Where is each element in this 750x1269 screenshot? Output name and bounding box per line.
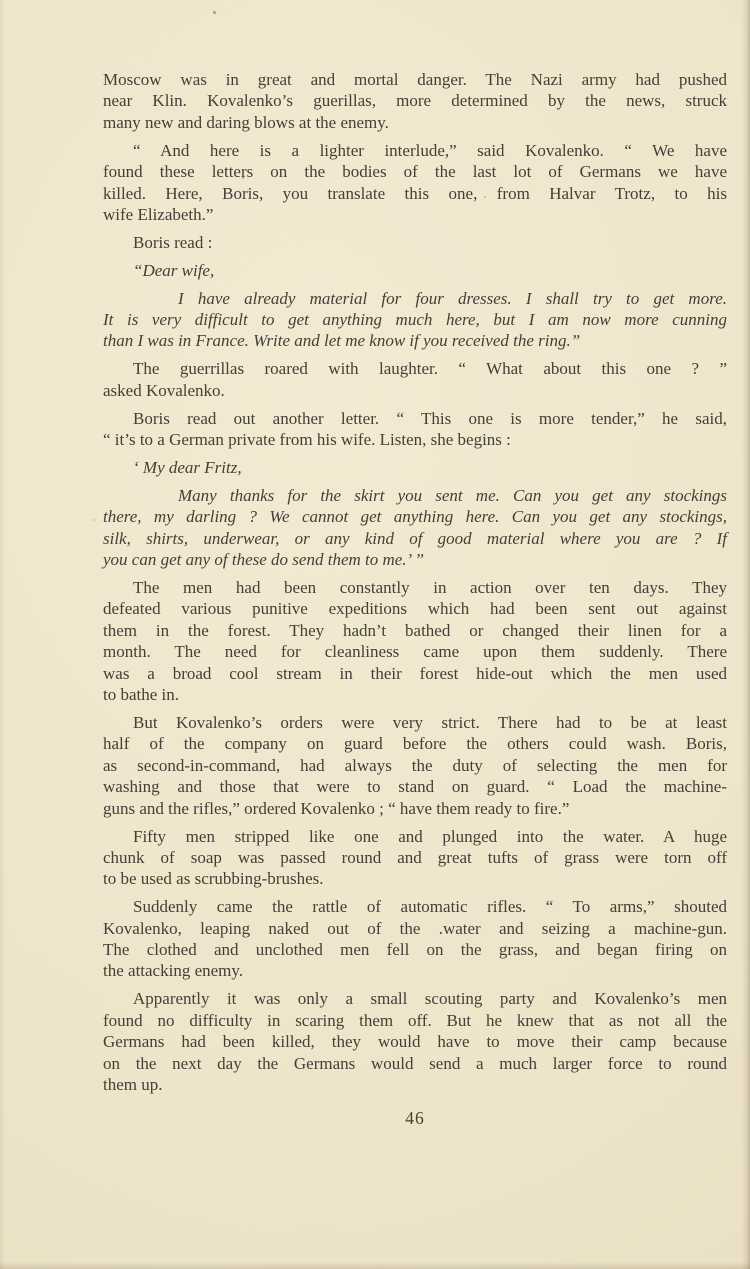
text-line: But Kovalenko’s orders were very strict.… bbox=[103, 712, 727, 733]
text-line: found no difficulty in scaring them off.… bbox=[103, 1010, 727, 1031]
paragraph: “ And here is a lighter interlude,” said… bbox=[103, 140, 727, 226]
text-line: defeated various punitive expeditions wh… bbox=[103, 598, 727, 619]
dust-speck bbox=[484, 196, 486, 198]
text-line: “ it’s to a German private from his wife… bbox=[103, 429, 727, 450]
text-line: Fifty men stripped like one and plunged … bbox=[103, 826, 727, 847]
paragraph: Moscow was in great and mortal danger. T… bbox=[103, 69, 727, 133]
text-line: ‘ My dear Fritz, bbox=[103, 457, 727, 478]
text-line: as second-in-command, had always the dut… bbox=[103, 755, 727, 776]
page-edge-shadow-left bbox=[0, 0, 5, 1269]
text-line: silk, shirts, underwear, or any kind of … bbox=[103, 528, 727, 549]
text-line: on the next day the Germans would send a… bbox=[103, 1053, 727, 1074]
text-line: Moscow was in great and mortal danger. T… bbox=[103, 69, 727, 90]
paragraph: ‘ My dear Fritz, bbox=[103, 457, 727, 478]
paragraph: Fifty men stripped like one and plunged … bbox=[103, 826, 727, 890]
text-line: I have already material for four dresses… bbox=[103, 288, 727, 309]
paragraph: The guerrillas roared with laughter. “ W… bbox=[103, 358, 727, 401]
text-line: them in the forest. They hadn’t bathed o… bbox=[103, 620, 727, 641]
text-line: to bathe in. bbox=[103, 684, 727, 705]
paragraph: “Dear wife, bbox=[103, 260, 727, 281]
paragraph: Boris read out another letter. “ This on… bbox=[103, 408, 727, 451]
text-line: chunk of soap was passed round and great… bbox=[103, 847, 727, 868]
text-line: than I was in France. Write and let me k… bbox=[103, 330, 727, 351]
page-edge-shadow-right bbox=[741, 0, 750, 1269]
text-line: Boris read out another letter. “ This on… bbox=[103, 408, 727, 429]
paragraph: I have already material for four dresses… bbox=[103, 288, 727, 352]
paragraph: But Kovalenko’s orders were very strict.… bbox=[103, 712, 727, 819]
paragraph: The men had been constantly in action ov… bbox=[103, 577, 727, 705]
page-edge-shadow-bottom bbox=[0, 1262, 750, 1269]
text-line: The clothed and unclothed men fell on th… bbox=[103, 939, 727, 960]
dust-speck bbox=[213, 11, 216, 14]
paragraph: Boris read : bbox=[103, 232, 727, 253]
text-line: asked Kovalenko. bbox=[103, 380, 727, 401]
text-line: The men had been constantly in action ov… bbox=[103, 577, 727, 598]
dust-speck bbox=[93, 519, 95, 521]
text-line: washing and those that were to stand on … bbox=[103, 776, 727, 797]
text-line: guns and the rifles,” ordered Kovalenko … bbox=[103, 798, 727, 819]
text-line: to be used as scrubbing-brushes. bbox=[103, 868, 727, 889]
text-line: month. The need for cleanliness came upo… bbox=[103, 641, 727, 662]
text-line: found these letters on the bodies of the… bbox=[103, 161, 727, 182]
text-line: them up. bbox=[103, 1074, 727, 1095]
text-line: Boris read : bbox=[103, 232, 727, 253]
paragraph: Many thanks for the skirt you sent me. C… bbox=[103, 485, 727, 571]
text-line: many new and daring blows at the enemy. bbox=[103, 112, 727, 133]
text-line: “ And here is a lighter interlude,” said… bbox=[103, 140, 727, 161]
text-line: the attacking enemy. bbox=[103, 960, 727, 981]
text-line: killed. Here, Boris, you translate this … bbox=[103, 183, 727, 204]
text-block: Moscow was in great and mortal danger. T… bbox=[103, 69, 727, 1095]
text-line: Germans had been killed, they would have… bbox=[103, 1031, 727, 1052]
text-line: Kovalenko, leaping naked out of the .wat… bbox=[103, 918, 727, 939]
text-line: there, my darling ? We cannot get anythi… bbox=[103, 506, 727, 527]
text-line: wife Elizabeth.” bbox=[103, 204, 727, 225]
book-page: Moscow was in great and mortal danger. T… bbox=[0, 0, 750, 1269]
text-line: half of the company on guard before the … bbox=[103, 733, 727, 754]
text-line: The guerrillas roared with laughter. “ W… bbox=[103, 358, 727, 379]
text-line: you can get any of these do send them to… bbox=[103, 549, 727, 570]
text-line: Suddenly came the rattle of automatic ri… bbox=[103, 896, 727, 917]
dust-speck bbox=[242, 177, 244, 179]
text-line: near Klin. Kovalenko’s guerillas, more d… bbox=[103, 90, 727, 111]
text-line: was a broad cool stream in their forest … bbox=[103, 663, 727, 684]
paragraph: Suddenly came the rattle of automatic ri… bbox=[103, 896, 727, 982]
page-number: 46 bbox=[103, 1108, 727, 1129]
text-line: Many thanks for the skirt you sent me. C… bbox=[103, 485, 727, 506]
text-line: Apparently it was only a small scouting … bbox=[103, 988, 727, 1009]
text-line: “Dear wife, bbox=[103, 260, 727, 281]
text-line: It is very difficult to get anything muc… bbox=[103, 309, 727, 330]
paragraph: Apparently it was only a small scouting … bbox=[103, 988, 727, 1095]
